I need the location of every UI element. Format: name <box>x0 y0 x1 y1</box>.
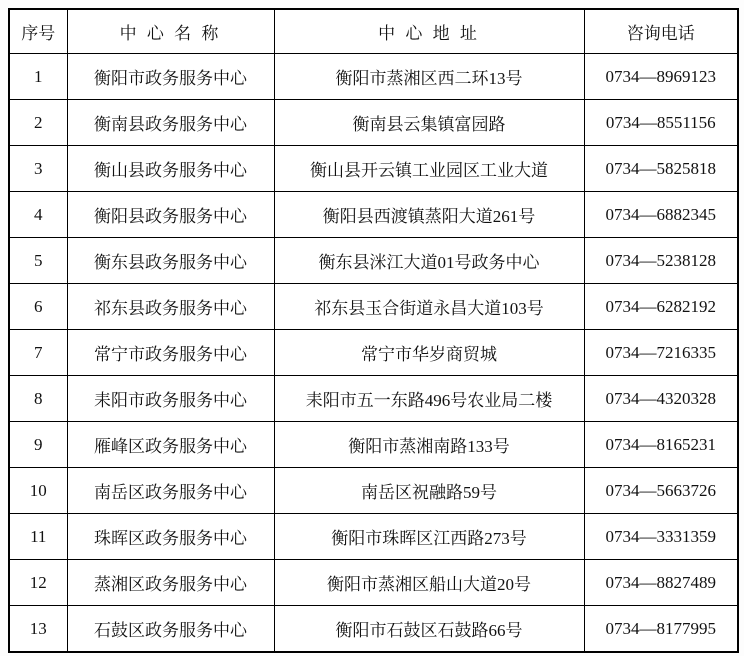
cell-center-address: 祁东县玉合街道永昌大道103号 <box>274 284 584 330</box>
cell-phone: 0734—8177995 <box>584 606 738 653</box>
cell-center-name: 雁峰区政务服务中心 <box>67 422 274 468</box>
header-row: 序号 中 心 名 称 中 心 地 址 咨询电话 <box>9 9 738 54</box>
cell-phone: 0734—6282192 <box>584 284 738 330</box>
cell-center-address: 衡阳市珠晖区江西路273号 <box>274 514 584 560</box>
table-row: 5衡东县政务服务中心衡东县洣江大道01号政务中心0734—5238128 <box>9 238 738 284</box>
cell-center-address: 衡阳县西渡镇蒸阳大道261号 <box>274 192 584 238</box>
service-centers-table-container: 序号 中 心 名 称 中 心 地 址 咨询电话 1衡阳市政务服务中心衡阳市蒸湘区… <box>8 8 739 653</box>
cell-phone: 0734—7216335 <box>584 330 738 376</box>
cell-serial-number: 10 <box>9 468 67 514</box>
cell-serial-number: 1 <box>9 54 67 100</box>
cell-center-name: 耒阳市政务服务中心 <box>67 376 274 422</box>
cell-serial-number: 6 <box>9 284 67 330</box>
table-row: 13石鼓区政务服务中心衡阳市石鼓区石鼓路66号0734—8177995 <box>9 606 738 653</box>
cell-center-address: 衡阳市蒸湘南路133号 <box>274 422 584 468</box>
table-row: 8耒阳市政务服务中心耒阳市五一东路496号农业局二楼0734—4320328 <box>9 376 738 422</box>
cell-center-address: 衡东县洣江大道01号政务中心 <box>274 238 584 284</box>
header-center-address: 中 心 地 址 <box>274 9 584 54</box>
cell-phone: 0734—8165231 <box>584 422 738 468</box>
cell-phone: 0734—5238128 <box>584 238 738 284</box>
cell-serial-number: 11 <box>9 514 67 560</box>
cell-center-address: 衡南县云集镇富园路 <box>274 100 584 146</box>
cell-center-name: 珠晖区政务服务中心 <box>67 514 274 560</box>
cell-center-name: 衡南县政务服务中心 <box>67 100 274 146</box>
cell-serial-number: 5 <box>9 238 67 284</box>
cell-serial-number: 3 <box>9 146 67 192</box>
cell-center-address: 衡阳市蒸湘区西二环13号 <box>274 54 584 100</box>
cell-phone: 0734—8827489 <box>584 560 738 606</box>
cell-center-address: 衡山县开云镇工业园区工业大道 <box>274 146 584 192</box>
cell-serial-number: 13 <box>9 606 67 653</box>
table-row: 11珠晖区政务服务中心衡阳市珠晖区江西路273号0734—3331359 <box>9 514 738 560</box>
cell-serial-number: 7 <box>9 330 67 376</box>
cell-serial-number: 4 <box>9 192 67 238</box>
table-row: 2衡南县政务服务中心衡南县云集镇富园路0734—8551156 <box>9 100 738 146</box>
table-row: 10南岳区政务服务中心南岳区祝融路59号0734—5663726 <box>9 468 738 514</box>
service-centers-table: 序号 中 心 名 称 中 心 地 址 咨询电话 1衡阳市政务服务中心衡阳市蒸湘区… <box>8 8 739 653</box>
cell-center-name: 常宁市政务服务中心 <box>67 330 274 376</box>
cell-center-name: 石鼓区政务服务中心 <box>67 606 274 653</box>
table-row: 4衡阳县政务服务中心衡阳县西渡镇蒸阳大道261号0734—6882345 <box>9 192 738 238</box>
cell-phone: 0734—8969123 <box>584 54 738 100</box>
table-row: 12蒸湘区政务服务中心衡阳市蒸湘区船山大道20号0734—8827489 <box>9 560 738 606</box>
cell-center-address: 南岳区祝融路59号 <box>274 468 584 514</box>
cell-center-name: 蒸湘区政务服务中心 <box>67 560 274 606</box>
cell-phone: 0734—5663726 <box>584 468 738 514</box>
cell-serial-number: 8 <box>9 376 67 422</box>
header-center-name: 中 心 名 称 <box>67 9 274 54</box>
cell-phone: 0734—8551156 <box>584 100 738 146</box>
table-row: 1衡阳市政务服务中心衡阳市蒸湘区西二环13号0734—8969123 <box>9 54 738 100</box>
header-serial-number: 序号 <box>9 9 67 54</box>
header-phone: 咨询电话 <box>584 9 738 54</box>
table-body: 1衡阳市政务服务中心衡阳市蒸湘区西二环13号0734—89691232衡南县政务… <box>9 54 738 653</box>
table-row: 6祁东县政务服务中心祁东县玉合街道永昌大道103号0734—6282192 <box>9 284 738 330</box>
cell-phone: 0734—3331359 <box>584 514 738 560</box>
cell-serial-number: 2 <box>9 100 67 146</box>
cell-center-name: 祁东县政务服务中心 <box>67 284 274 330</box>
cell-center-address: 衡阳市蒸湘区船山大道20号 <box>274 560 584 606</box>
cell-phone: 0734—4320328 <box>584 376 738 422</box>
cell-phone: 0734—6882345 <box>584 192 738 238</box>
cell-phone: 0734—5825818 <box>584 146 738 192</box>
cell-center-address: 衡阳市石鼓区石鼓路66号 <box>274 606 584 653</box>
table-row: 3衡山县政务服务中心衡山县开云镇工业园区工业大道0734—5825818 <box>9 146 738 192</box>
cell-center-name: 衡东县政务服务中心 <box>67 238 274 284</box>
cell-serial-number: 9 <box>9 422 67 468</box>
table-row: 9雁峰区政务服务中心衡阳市蒸湘南路133号0734—8165231 <box>9 422 738 468</box>
cell-center-name: 衡山县政务服务中心 <box>67 146 274 192</box>
cell-center-address: 常宁市华岁商贸城 <box>274 330 584 376</box>
cell-center-address: 耒阳市五一东路496号农业局二楼 <box>274 376 584 422</box>
cell-center-name: 衡阳县政务服务中心 <box>67 192 274 238</box>
cell-center-name: 衡阳市政务服务中心 <box>67 54 274 100</box>
cell-serial-number: 12 <box>9 560 67 606</box>
cell-center-name: 南岳区政务服务中心 <box>67 468 274 514</box>
table-row: 7常宁市政务服务中心常宁市华岁商贸城0734—7216335 <box>9 330 738 376</box>
